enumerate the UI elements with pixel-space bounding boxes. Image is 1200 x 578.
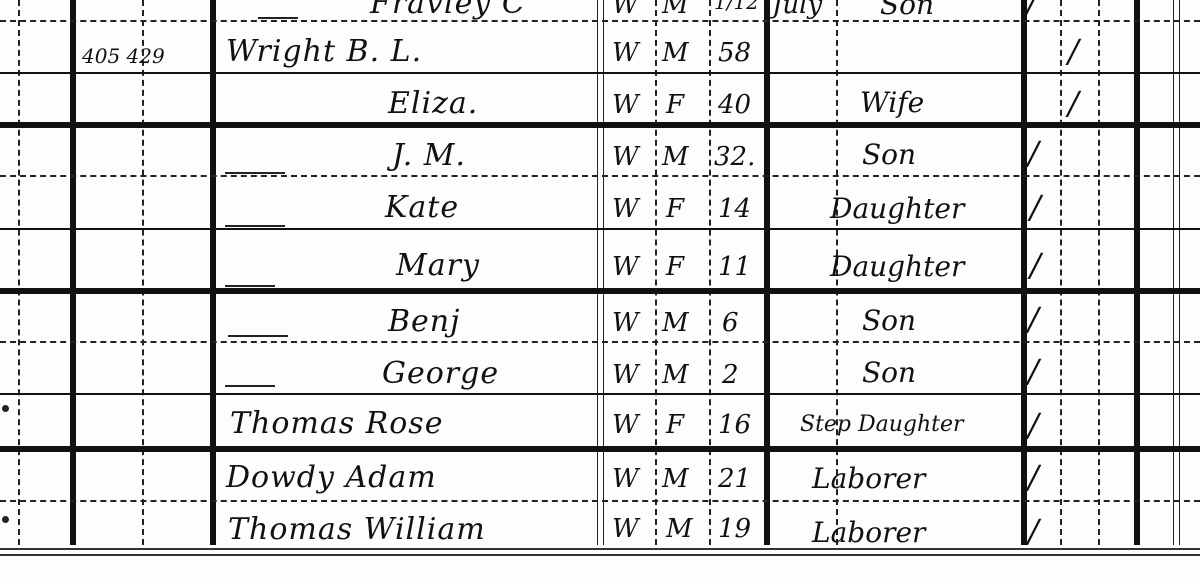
- person-name: George: [382, 356, 499, 391]
- column-rule: [1134, 0, 1140, 545]
- ditto-mark: [228, 335, 288, 337]
- person-name: Thomas William: [228, 512, 486, 547]
- ditto-mark: [225, 385, 275, 387]
- column-rule: [655, 0, 657, 545]
- tick-mark: /: [1030, 246, 1041, 284]
- person-name: J. M.: [392, 138, 466, 173]
- age: 19: [718, 514, 751, 544]
- tick-mark: /: [1028, 134, 1039, 172]
- sex: F: [666, 194, 684, 224]
- age: 6: [722, 308, 739, 338]
- row-rule: [0, 175, 1200, 177]
- person-name: Fravley C: [370, 0, 526, 21]
- row-rule: [0, 122, 1200, 128]
- ditto-mark: [258, 17, 298, 19]
- age: 2: [722, 360, 739, 390]
- dwelling-family-number: 405 429: [82, 44, 165, 68]
- color: W: [612, 410, 639, 440]
- person-name: Thomas Rose: [230, 406, 443, 441]
- ditto-mark: [225, 285, 275, 287]
- row-rule: [0, 228, 1200, 230]
- person-name: Dowdy Adam: [226, 460, 437, 495]
- age: 58: [718, 38, 751, 68]
- column-rule: [1060, 0, 1062, 545]
- color: W: [612, 464, 639, 494]
- age: 1/12: [714, 0, 759, 14]
- row-rule: [0, 500, 1200, 502]
- person-name: Wright B. L.: [226, 34, 422, 69]
- row-rule: [0, 72, 1200, 74]
- margin-mark: [2, 516, 9, 523]
- sex: M: [662, 464, 689, 494]
- color: W: [612, 360, 639, 390]
- tick-mark: /: [1028, 458, 1039, 496]
- color: W: [612, 308, 639, 338]
- sex: M: [666, 514, 693, 544]
- person-name: Eliza.: [388, 86, 478, 121]
- age: 40: [718, 90, 751, 120]
- tick-mark: /: [1028, 352, 1039, 390]
- relationship: Laborer: [812, 462, 925, 495]
- margin-mark: [2, 405, 9, 412]
- sex: F: [666, 90, 684, 120]
- ditto-mark: [225, 225, 285, 227]
- relationship: Step Daughter: [800, 412, 964, 437]
- relationship: Daughter: [830, 192, 964, 225]
- sex: M: [662, 308, 689, 338]
- relationship: Laborer: [812, 516, 925, 549]
- color: W: [612, 142, 639, 172]
- age: 32.: [714, 142, 755, 172]
- color: W: [612, 194, 639, 224]
- relationship: Son: [862, 304, 916, 337]
- census-sheet: 405 429 Fravley C W M 1/12 July Son / Wr…: [0, 0, 1200, 578]
- person-name: Mary: [396, 248, 480, 283]
- column-rule: [18, 0, 20, 545]
- color: W: [612, 514, 639, 544]
- column-rule: [597, 0, 604, 545]
- tick-mark: /: [1068, 84, 1079, 122]
- relationship: Son: [862, 356, 916, 389]
- column-rule: [764, 0, 770, 545]
- column-rule: [142, 0, 144, 545]
- row-rule: [0, 288, 1200, 294]
- sex: M: [662, 142, 689, 172]
- row-rule: [0, 20, 1200, 22]
- color: W: [612, 38, 639, 68]
- column-rule: [1021, 0, 1027, 545]
- color: W: [612, 0, 639, 20]
- color: W: [612, 90, 639, 120]
- age: 11: [718, 252, 751, 282]
- person-name: Benj: [388, 304, 460, 339]
- column-rule: [1173, 0, 1180, 545]
- relationship: Daughter: [830, 250, 964, 283]
- tick-mark: /: [1030, 188, 1041, 226]
- row-rule: [0, 341, 1200, 343]
- ditto-mark: [225, 172, 285, 174]
- sex: F: [666, 252, 684, 282]
- relationship: Wife: [860, 86, 924, 119]
- tick-mark: /: [1028, 300, 1039, 338]
- sex: F: [666, 410, 684, 440]
- tick-mark: /: [1028, 512, 1039, 550]
- sheet-bottom-rule: [0, 548, 1200, 550]
- column-rule: [210, 0, 216, 545]
- column-rule: [70, 0, 76, 545]
- tick-mark: /: [1028, 406, 1039, 444]
- column-rule: [1098, 0, 1100, 545]
- relationship: Son: [880, 0, 934, 21]
- age: 21: [718, 464, 751, 494]
- tick-mark: /: [1068, 32, 1079, 70]
- sex: M: [662, 0, 689, 20]
- age: 16: [718, 410, 751, 440]
- column-rule: [709, 0, 711, 545]
- row-rule: [0, 393, 1200, 395]
- relationship: Son: [862, 138, 916, 171]
- sex: M: [662, 360, 689, 390]
- sex: M: [662, 38, 689, 68]
- tick-mark: /: [1026, 0, 1037, 22]
- sheet-bottom-rule: [0, 554, 1200, 556]
- color: W: [612, 252, 639, 282]
- birth-month: July: [772, 0, 822, 20]
- age: 14: [718, 194, 751, 224]
- row-rule: [0, 446, 1200, 452]
- person-name: Kate: [385, 190, 459, 225]
